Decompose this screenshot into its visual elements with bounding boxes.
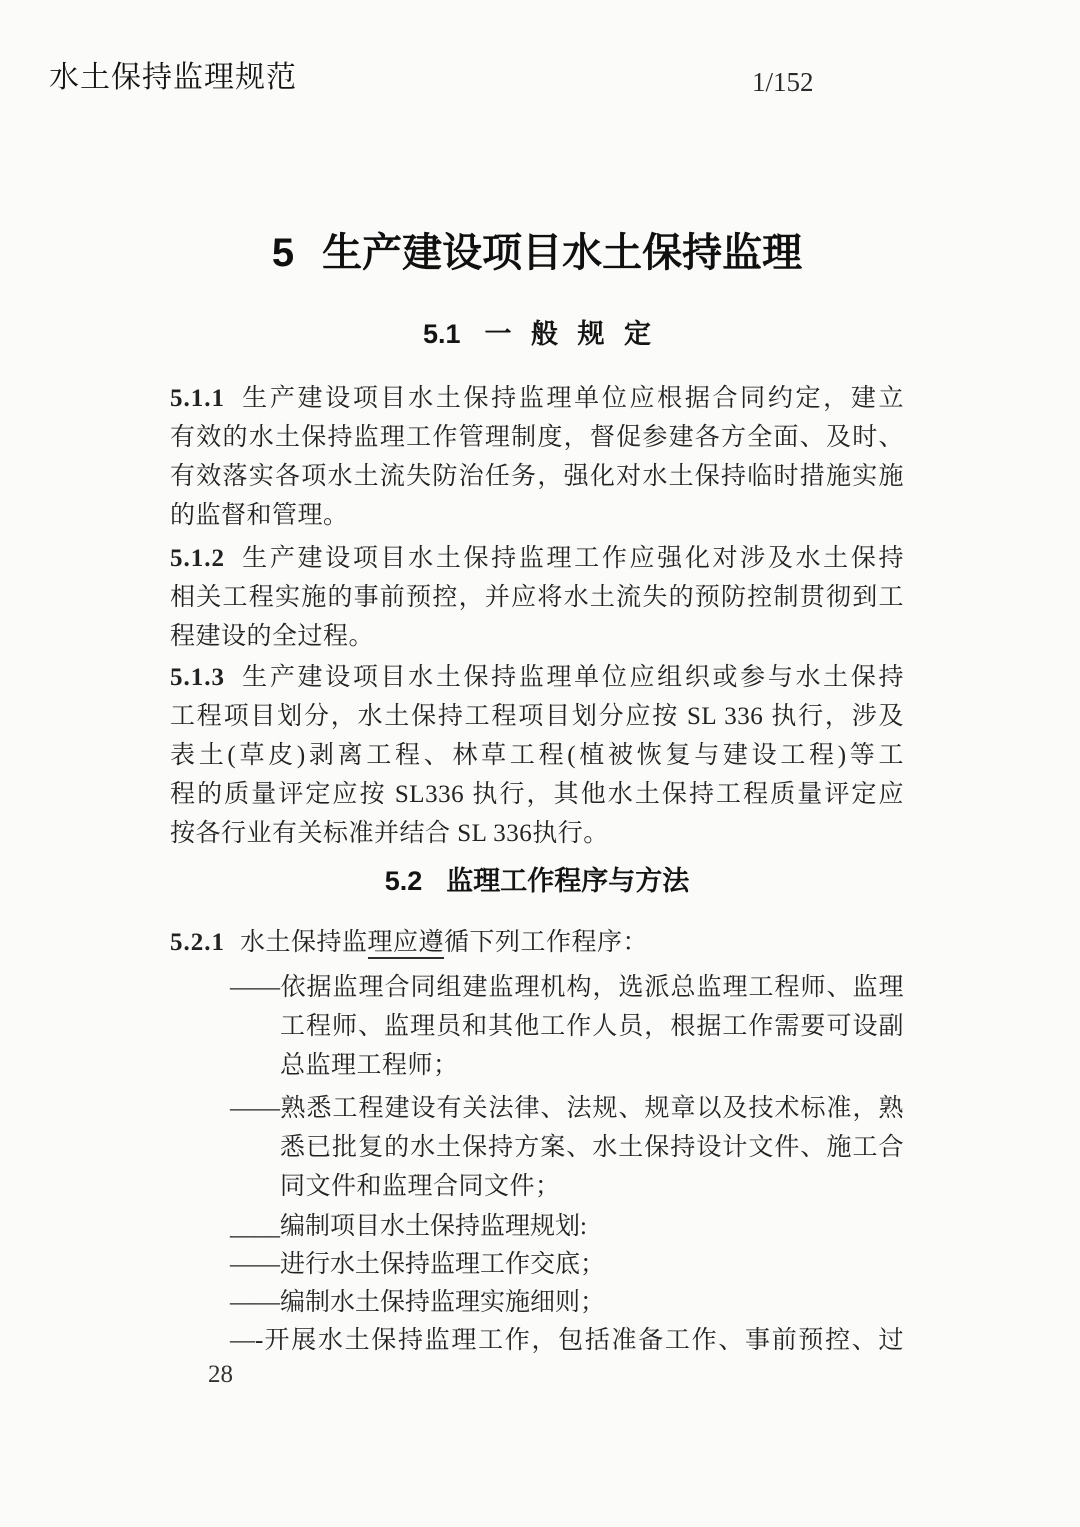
procedure-line: —-开展水土保持监理工作，包括准备工作、事前预控、过 <box>230 1322 904 1360</box>
procedure-item: ——编制水土保持监理实施细则； <box>170 1284 904 1322</box>
clause-line: 程建设的全过程。 <box>170 617 904 656</box>
procedure-item: ____编制项目水土保持监理规划: <box>170 1208 904 1246</box>
procedure-line: ——进行水土保持监理工作交底； <box>230 1246 904 1284</box>
procedure-item: —-开展水土保持监理工作，包括准备工作、事前预控、过 <box>170 1322 904 1360</box>
clause-line: 有效落实各项水土流失防治任务，强化对水土保持临时措施实施 <box>170 457 904 496</box>
clause-number: 5.1.3 <box>170 664 225 691</box>
dash-prefix: —- <box>230 1327 263 1354</box>
procedure-line: ——熟悉工程建设有关法律、法规、规章以及技术标准，熟 <box>230 1089 904 1128</box>
procedure-item: ——进行水土保持监理工作交底； <box>170 1246 904 1284</box>
chapter-heading: 5生产建设项目水土保持监理 <box>170 230 904 276</box>
section-5-2-title: 监理工作程序与方法 <box>446 866 689 896</box>
clause-line: 表土(草皮)剥离工程、林草工程(植被恢复与建设工程)等工 <box>170 736 904 775</box>
procedure-line: 总监理工程师； <box>280 1046 904 1085</box>
dash-prefix: —— <box>230 1095 280 1122</box>
page-content: 5生产建设项目水土保持监理 5.1一 般 规 定 5.1.1生产建设项目水土保持… <box>170 0 904 1360</box>
underlined-text: 理应遵 <box>368 929 445 959</box>
document-page: 水土保持监理规范 1/152 5生产建设项目水土保持监理 5.1一 般 规 定 … <box>0 0 1080 1527</box>
procedure-line: 工程师、监理员和其他工作人员，根据工作需要可设副 <box>280 1007 904 1046</box>
clause-5-2-1: 5.2.1水土保持监理应遵循下列工作程序： <box>170 923 904 962</box>
dash-prefix: —— <box>230 1289 280 1316</box>
clause-line: 程的质量评定应按 SL336 执行，其他水土保持工程质量评定应 <box>170 775 904 814</box>
procedure-list: ——依据监理合同组建监理机构，选派总监理工程师、监理 工程师、监理员和其他工作人… <box>170 968 904 1360</box>
clause-number: 5.1.1 <box>170 385 225 412</box>
procedure-line: ——依据监理合同组建监理机构，选派总监理工程师、监理 <box>230 968 904 1007</box>
procedure-item: ——熟悉工程建设有关法律、法规、规章以及技术标准，熟 悉已批复的水土保持方案、水… <box>170 1089 904 1206</box>
clause-line: 工程项目划分，水土保持工程项目划分应按 SL 336 执行，涉及 <box>170 697 904 736</box>
chapter-number: 5 <box>272 231 294 275</box>
clause-5-1-3: 5.1.3生产建设项目水土保持监理单位应组织或参与水土保持 工程项目划分，水土保… <box>170 658 904 853</box>
procedure-line: ——编制水土保持监理实施细则； <box>230 1284 904 1322</box>
section-heading-5-1: 5.1一 般 规 定 <box>170 318 904 350</box>
clause-line: 按各行业有关标准并结合 SL 336执行。 <box>170 814 904 853</box>
section-5-1-title: 一 般 规 定 <box>485 319 652 349</box>
procedure-line: 同文件和监理合同文件； <box>280 1167 904 1206</box>
clause-line: 5.1.2生产建设项目水土保持监理工作应强化对涉及水土保持 <box>170 539 904 578</box>
clause-line: 相关工程实施的事前预控，并应将水土流失的预防控制贯彻到工 <box>170 578 904 617</box>
section-5-1-number: 5.1 <box>423 319 461 349</box>
clause-line: 5.1.3生产建设项目水土保持监理单位应组织或参与水土保持 <box>170 658 904 697</box>
underscore-prefix: ____ <box>230 1213 280 1240</box>
clause-5-1-2: 5.1.2生产建设项目水土保持监理工作应强化对涉及水土保持 相关工程实施的事前预… <box>170 539 904 656</box>
clause-line: 有效的水土保持监理工作管理制度，督促参建各方全面、及时、 <box>170 418 904 457</box>
section-heading-5-2: 5.2监理工作程序与方法 <box>170 865 904 897</box>
clause-line: 5.2.1水土保持监理应遵循下列工作程序： <box>170 923 904 962</box>
clause-5-1-1: 5.1.1生产建设项目水土保持监理单位应根据合同约定，建立 有效的水土保持监理工… <box>170 379 904 535</box>
procedure-line: 悉已批复的水土保持方案、水土保持设计文件、施工合 <box>280 1128 904 1167</box>
chapter-title: 生产建设项目水土保持监理 <box>322 231 802 275</box>
section-5-2-number: 5.2 <box>385 866 423 896</box>
clause-line: 的监督和管理。 <box>170 496 904 535</box>
footer-page-number: 28 <box>208 1360 233 1390</box>
dash-prefix: —— <box>230 974 280 1001</box>
procedure-item: ——依据监理合同组建监理机构，选派总监理工程师、监理 工程师、监理员和其他工作人… <box>170 968 904 1085</box>
procedure-line: ____编制项目水土保持监理规划: <box>230 1208 904 1246</box>
clause-number: 5.1.2 <box>170 545 225 572</box>
clause-line: 5.1.1生产建设项目水土保持监理单位应根据合同约定，建立 <box>170 379 904 418</box>
clause-number: 5.2.1 <box>170 929 225 956</box>
dash-prefix: —— <box>230 1251 280 1278</box>
